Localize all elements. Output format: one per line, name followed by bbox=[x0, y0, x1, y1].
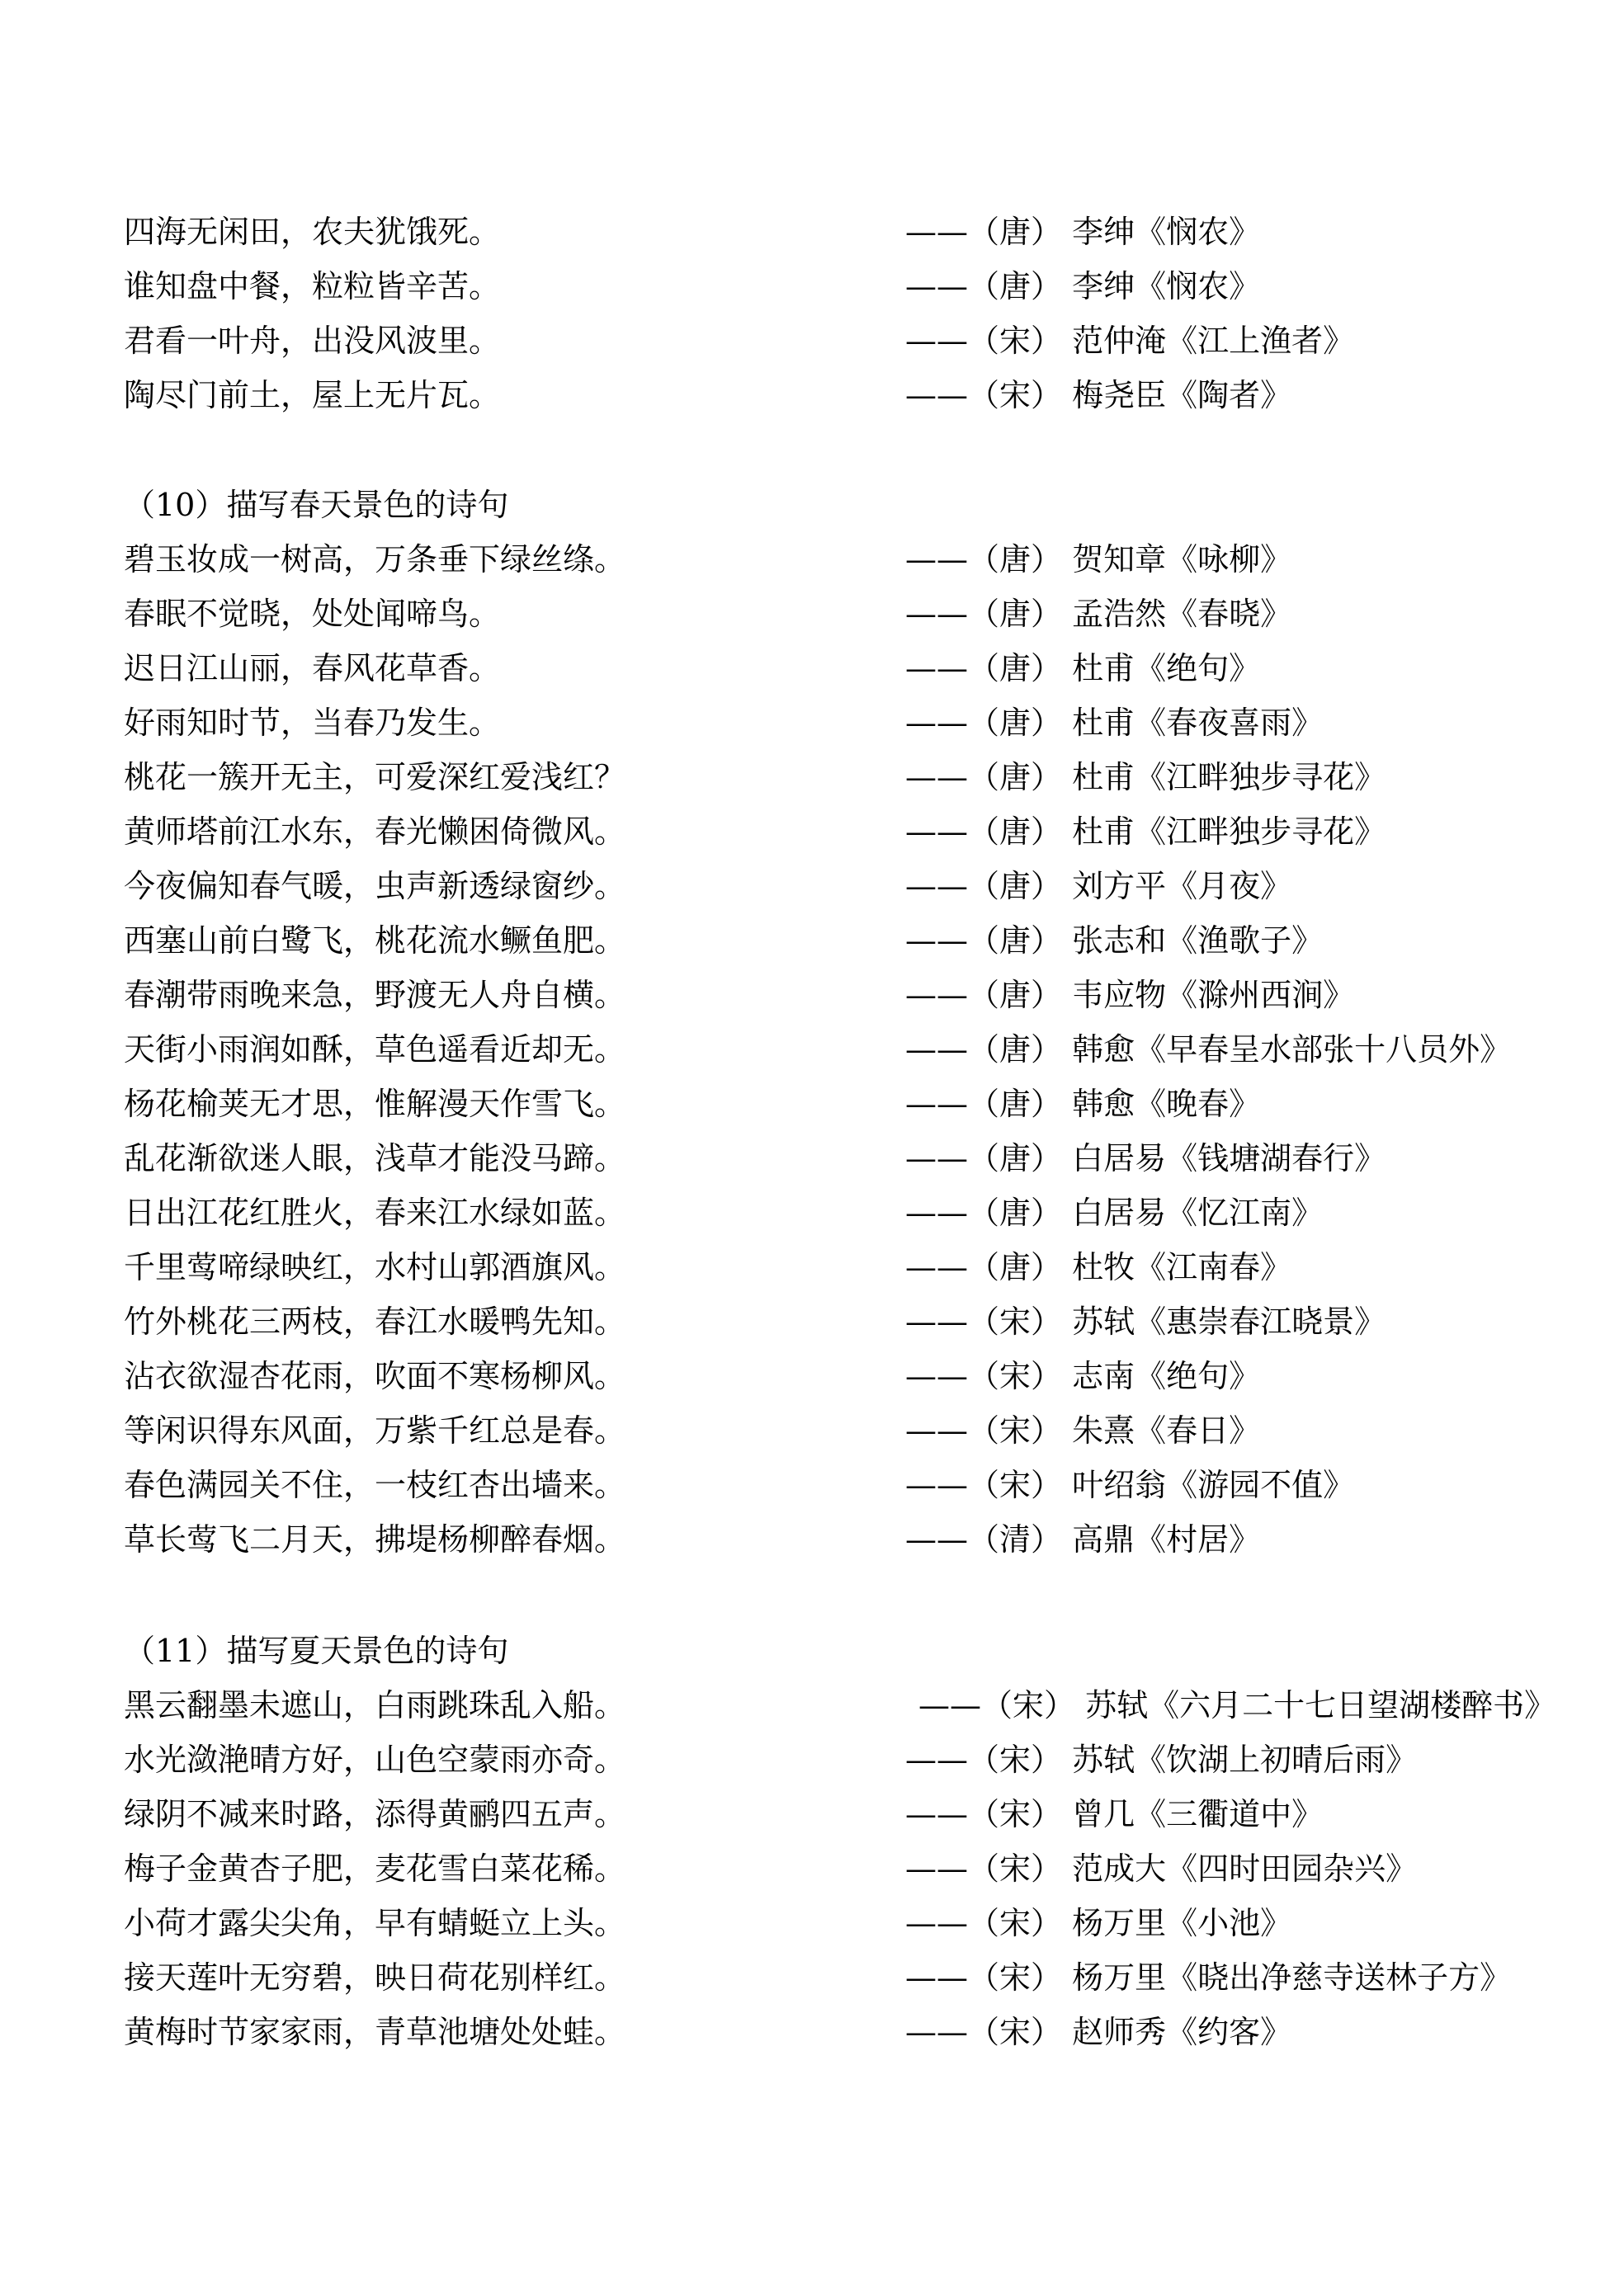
poem-row: 沾衣欲湿杏花雨，吹面不寒杨柳风。——（宋） 志南《绝句》 bbox=[0, 1349, 1624, 1403]
verse-text: 接天莲叶无穷碧，映日荷花别样红。 bbox=[124, 1950, 626, 2005]
source-attribution-text: ——（宋） 苏轼《惠崇春江晓景》 bbox=[905, 1294, 1386, 1349]
source-attribution-text: ——（宋） 范仲淹《江上渔者》 bbox=[905, 314, 1354, 368]
verse-text: 好雨知时节，当春乃发生。 bbox=[124, 695, 500, 750]
section-heading-row: （10）描写春天景色的诗句 bbox=[0, 478, 1624, 532]
poem-row: 草长莺飞二月天，拂堤杨柳醉春烟。——（清） 高鼎《村居》 bbox=[0, 1512, 1624, 1567]
source-attribution-text: ——（唐） 杜甫《江畔独步寻花》 bbox=[905, 804, 1386, 859]
verse-text: 陶尽门前土，屋上无片瓦。 bbox=[124, 368, 500, 422]
section-heading: （11）描写夏天景色的诗句 bbox=[124, 1624, 508, 1678]
source-attribution-text: ——（清） 高鼎《村居》 bbox=[905, 1512, 1260, 1567]
verse-text: 竹外桃花三两枝，春江水暖鸭先知。 bbox=[124, 1294, 626, 1349]
section-spring-verses: （10）描写春天景色的诗句碧玉妆成一树高，万条垂下绿丝绦。——（唐） 贺知章《咏… bbox=[0, 478, 1624, 1567]
verse-text: 春潮带雨晚来急，野渡无人舟自横。 bbox=[124, 968, 626, 1022]
poem-row: 春色满园关不住，一枝红杏出墙来。——（宋） 叶绍翁《游园不值》 bbox=[0, 1458, 1624, 1512]
source-attribution-text: ——（唐） 李绅《悯农》 bbox=[905, 259, 1260, 314]
poem-row: 桃花一簇开无主，可爱深红爱浅红？——（唐） 杜甫《江畔独步寻花》 bbox=[0, 750, 1624, 804]
poem-row: 春眠不觉晓，处处闻啼鸟。——（唐） 孟浩然《春晓》 bbox=[0, 587, 1624, 641]
source-attribution-text: ——（宋） 赵师秀《约客》 bbox=[905, 2005, 1291, 2059]
poem-row: 君看一叶舟，出没风波里。——（宋） 范仲淹《江上渔者》 bbox=[0, 314, 1624, 368]
poem-row: 日出江花红胜火，春来江水绿如蓝。——（唐） 白居易《忆江南》 bbox=[0, 1186, 1624, 1240]
poem-row: 迟日江山丽，春风花草香。——（唐） 杜甫《绝句》 bbox=[0, 641, 1624, 695]
source-attribution-text: ——（宋） 范成大《四时田园杂兴》 bbox=[905, 1841, 1417, 1896]
source-attribution-text: ——（唐） 白居易《钱塘湖春行》 bbox=[905, 1131, 1386, 1186]
source-attribution-text: ——（唐） 韦应物《滁州西涧》 bbox=[905, 968, 1354, 1022]
verse-text: 日出江花红胜火，春来江水绿如蓝。 bbox=[124, 1186, 626, 1240]
source-attribution-text: ——（宋） 梅尧臣《陶者》 bbox=[905, 368, 1291, 422]
section-summer-verses: （11）描写夏天景色的诗句黑云翻墨未遮山，白雨跳珠乱入船。——（宋） 苏轼《六月… bbox=[0, 1624, 1624, 2059]
source-attribution-text: ——（宋） 苏轼《六月二十七日望湖楼醉书》 bbox=[918, 1678, 1556, 1733]
source-attribution-text: ——（唐） 孟浩然《春晓》 bbox=[905, 587, 1291, 641]
source-attribution-text: ——（唐） 刘方平《月夜》 bbox=[905, 859, 1291, 913]
verse-text: 等闲识得东风面，万紫千红总是春。 bbox=[124, 1403, 626, 1458]
source-attribution-text: ——（宋） 叶绍翁《游园不值》 bbox=[905, 1458, 1354, 1512]
source-attribution-text: ——（唐） 韩愈《早春呈水部张十八员外》 bbox=[905, 1022, 1511, 1077]
poem-row: 四海无闲田，农夫犹饿死。——（唐） 李绅《悯农》 bbox=[0, 205, 1624, 259]
poem-row: 陶尽门前土，屋上无片瓦。——（宋） 梅尧臣《陶者》 bbox=[0, 368, 1624, 422]
verse-text: 千里莺啼绿映红，水村山郭酒旗风。 bbox=[124, 1240, 626, 1294]
poem-row: 绿阴不减来时路，添得黄鹂四五声。——（宋） 曾几《三衢道中》 bbox=[0, 1787, 1624, 1841]
verse-text: 绿阴不减来时路，添得黄鹂四五声。 bbox=[124, 1787, 626, 1841]
poem-row: 好雨知时节，当春乃发生。——（唐） 杜甫《春夜喜雨》 bbox=[0, 695, 1624, 750]
verse-text: 西塞山前白鹭飞，桃花流水鳜鱼肥。 bbox=[124, 913, 626, 968]
poem-row: 千里莺啼绿映红，水村山郭酒旗风。——（唐） 杜牧《江南春》 bbox=[0, 1240, 1624, 1294]
verse-text: 桃花一簇开无主，可爱深红爱浅红？ bbox=[124, 750, 626, 804]
source-attribution-text: ——（唐） 杜甫《绝句》 bbox=[905, 641, 1260, 695]
verse-text: 碧玉妆成一树高，万条垂下绿丝绦。 bbox=[124, 532, 626, 587]
verse-text: 君看一叶舟，出没风波里。 bbox=[124, 314, 500, 368]
source-attribution-text: ——（宋） 杨万里《晓出净慈寺送林子方》 bbox=[905, 1950, 1511, 2005]
poem-row: 黄师塔前江水东，春光懒困倚微风。——（唐） 杜甫《江畔独步寻花》 bbox=[0, 804, 1624, 859]
poem-row: 春潮带雨晚来急，野渡无人舟自横。——（唐） 韦应物《滁州西涧》 bbox=[0, 968, 1624, 1022]
source-attribution-text: ——（宋） 苏轼《饮湖上初晴后雨》 bbox=[905, 1733, 1417, 1787]
poem-row: 乱花渐欲迷人眼，浅草才能没马蹄。——（唐） 白居易《钱塘湖春行》 bbox=[0, 1131, 1624, 1186]
source-attribution-text: ——（唐） 张志和《渔歌子》 bbox=[905, 913, 1323, 968]
verse-text: 春色满园关不住，一枝红杏出墙来。 bbox=[124, 1458, 626, 1512]
verse-text: 草长莺飞二月天，拂堤杨柳醉春烟。 bbox=[124, 1512, 626, 1567]
verse-text: 水光潋滟晴方好，山色空蒙雨亦奇。 bbox=[124, 1733, 626, 1787]
verse-text: 沾衣欲湿杏花雨，吹面不寒杨柳风。 bbox=[124, 1349, 626, 1403]
poem-row: 竹外桃花三两枝，春江水暖鸭先知。——（宋） 苏轼《惠崇春江晓景》 bbox=[0, 1294, 1624, 1349]
verse-text: 谁知盘中餐，粒粒皆辛苦。 bbox=[124, 259, 500, 314]
verse-text: 乱花渐欲迷人眼，浅草才能没马蹄。 bbox=[124, 1131, 626, 1186]
poem-row: 黄梅时节家家雨，青草池塘处处蛙。——（宋） 赵师秀《约客》 bbox=[0, 2005, 1624, 2059]
verse-text: 梅子金黄杏子肥，麦花雪白菜花稀。 bbox=[124, 1841, 626, 1896]
source-attribution-text: ——（唐） 韩愈《晚春》 bbox=[905, 1077, 1260, 1131]
poem-row: 梅子金黄杏子肥，麦花雪白菜花稀。——（宋） 范成大《四时田园杂兴》 bbox=[0, 1841, 1624, 1896]
verse-text: 春眠不觉晓，处处闻啼鸟。 bbox=[124, 587, 500, 641]
poem-row: 小荷才露尖尖角，早有蜻蜓立上头。——（宋） 杨万里《小池》 bbox=[0, 1896, 1624, 1950]
section-heading: （10）描写春天景色的诗句 bbox=[124, 478, 508, 532]
verse-text: 小荷才露尖尖角，早有蜻蜓立上头。 bbox=[124, 1896, 626, 1950]
verse-text: 今夜偏知春气暖，虫声新透绿窗纱。 bbox=[124, 859, 626, 913]
source-attribution-text: ——（唐） 白居易《忆江南》 bbox=[905, 1186, 1323, 1240]
source-attribution-text: ——（宋） 志南《绝句》 bbox=[905, 1349, 1260, 1403]
source-attribution-text: ——（唐） 杜牧《江南春》 bbox=[905, 1240, 1291, 1294]
verse-text: 迟日江山丽，春风花草香。 bbox=[124, 641, 500, 695]
source-attribution-text: ——（唐） 李绅《悯农》 bbox=[905, 205, 1260, 259]
section-heading-row: （11）描写夏天景色的诗句 bbox=[0, 1624, 1624, 1678]
document-page: 四海无闲田，农夫犹饿死。——（唐） 李绅《悯农》谁知盘中餐，粒粒皆辛苦。——（唐… bbox=[0, 0, 1624, 2296]
verse-text: 黄师塔前江水东，春光懒困倚微风。 bbox=[124, 804, 626, 859]
poem-row: 谁知盘中餐，粒粒皆辛苦。——（唐） 李绅《悯农》 bbox=[0, 259, 1624, 314]
verse-text: 黄梅时节家家雨，青草池塘处处蛙。 bbox=[124, 2005, 626, 2059]
verse-text: 四海无闲田，农夫犹饿死。 bbox=[124, 205, 500, 259]
poem-row: 接天莲叶无穷碧，映日荷花别样红。——（宋） 杨万里《晓出净慈寺送林子方》 bbox=[0, 1950, 1624, 2005]
source-attribution-text: ——（宋） 曾几《三衢道中》 bbox=[905, 1787, 1323, 1841]
source-attribution-text: ——（唐） 杜甫《春夜喜雨》 bbox=[905, 695, 1323, 750]
poem-row: 水光潋滟晴方好，山色空蒙雨亦奇。——（宋） 苏轼《饮湖上初晴后雨》 bbox=[0, 1733, 1624, 1787]
poem-row: 等闲识得东风面，万紫千红总是春。——（宋） 朱熹《春日》 bbox=[0, 1403, 1624, 1458]
verse-text: 杨花榆荚无才思，惟解漫天作雪飞。 bbox=[124, 1077, 626, 1131]
source-attribution-text: ——（唐） 杜甫《江畔独步寻花》 bbox=[905, 750, 1386, 804]
poem-row: 黑云翻墨未遮山，白雨跳珠乱入船。——（宋） 苏轼《六月二十七日望湖楼醉书》 bbox=[0, 1678, 1624, 1733]
poem-row: 杨花榆荚无才思，惟解漫天作雪飞。——（唐） 韩愈《晚春》 bbox=[0, 1077, 1624, 1131]
verse-text: 天街小雨润如酥，草色遥看近却无。 bbox=[124, 1022, 626, 1077]
poem-row: 天街小雨润如酥，草色遥看近却无。——（唐） 韩愈《早春呈水部张十八员外》 bbox=[0, 1022, 1624, 1077]
source-attribution-text: ——（宋） 朱熹《春日》 bbox=[905, 1403, 1260, 1458]
section-farming-verses: 四海无闲田，农夫犹饿死。——（唐） 李绅《悯农》谁知盘中餐，粒粒皆辛苦。——（唐… bbox=[0, 205, 1624, 422]
verse-text: 黑云翻墨未遮山，白雨跳珠乱入船。 bbox=[124, 1678, 626, 1733]
poem-row: 西塞山前白鹭飞，桃花流水鳜鱼肥。——（唐） 张志和《渔歌子》 bbox=[0, 913, 1624, 968]
poem-row: 今夜偏知春气暖，虫声新透绿窗纱。——（唐） 刘方平《月夜》 bbox=[0, 859, 1624, 913]
source-attribution-text: ——（唐） 贺知章《咏柳》 bbox=[905, 532, 1291, 587]
poem-row: 碧玉妆成一树高，万条垂下绿丝绦。——（唐） 贺知章《咏柳》 bbox=[0, 532, 1624, 587]
source-attribution-text: ——（宋） 杨万里《小池》 bbox=[905, 1896, 1291, 1950]
